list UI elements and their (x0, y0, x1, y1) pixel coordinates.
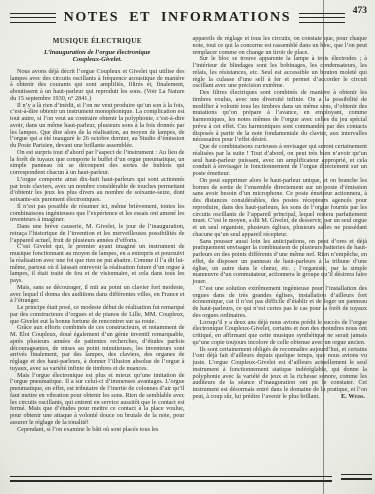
right-column-text: appareils de réglage et tous les circuit… (193, 36, 368, 401)
paragraph: Que de combinaisons curieuses à envisage… (193, 144, 368, 178)
paragraph: Sur le bloc se trouve apparente la lampe… (193, 56, 368, 90)
paragraph: Grâce aux efforts combinés de ces constr… (10, 325, 185, 372)
article-subtitle-line2: Coupleux-Givelet. (10, 56, 185, 63)
paragraph: Mais, sans se décourager, il mit au poin… (10, 285, 185, 305)
left-column-text: Nous avons déjà décrit l’orgue Coupleux … (10, 69, 185, 434)
paragraph: Des filtres électriques sont combinés de… (193, 90, 368, 144)
header-rule-left (10, 13, 56, 23)
paragraph: On est surpris tout d’abord par l’aspect… (10, 150, 185, 177)
article-subtitle: L’inauguration de l’orgue électronique C… (10, 49, 185, 64)
section-heading: MUSIQUE ÉLECTRIQUE (10, 37, 185, 45)
paragraph: Mais l’orgue électronique est plus et mi… (10, 373, 185, 427)
paragraph: Il n’y a là rien d’inédit, si l’on ne ve… (10, 103, 185, 150)
paragraph: Il n’est pas possible de résumer ici, mê… (10, 204, 185, 224)
paragraph: C’est Givelet qui, le premier ayant imag… (10, 244, 185, 285)
paragraph: appareils de réglage et tous les circuit… (193, 36, 368, 56)
paragraph: Cependant, si l’on examine le bâti où so… (10, 427, 185, 434)
journal-page: NOTES ET INFORMATIONS 473 MUSIQUE ÉLECTR… (0, 0, 375, 494)
paragraph: C’est une solution extrêmement ingénieus… (193, 286, 368, 320)
article-body: MUSIQUE ÉLECTRIQUE L’inauguration de l’o… (10, 36, 367, 433)
left-column: MUSIQUE ÉLECTRIQUE L’inauguration de l’o… (10, 36, 185, 433)
paragraph: L’orgue comporte ainsi dix-huit haut-par… (10, 177, 185, 204)
footer-rule-stub (341, 474, 372, 480)
footer-rule (10, 476, 332, 482)
paragraph: Dans une brève causerie, M. Givelet, le … (10, 224, 185, 244)
page-number: 473 (353, 6, 367, 16)
page-title: NOTES ET INFORMATIONS (64, 10, 291, 26)
paragraph: Nous avons déjà décrit l’orgue Coupleux … (10, 69, 185, 103)
paragraph: Lorsqu’il y a deux ans déjà nous avions … (193, 320, 368, 347)
page-header: NOTES ET INFORMATIONS 473 (10, 6, 367, 30)
paragraph: Le principe était posé, ce modeste début… (10, 305, 185, 325)
paragraph: On peut supprimer alors le haut-parleur … (193, 178, 368, 239)
right-column: appareils de réglage et tous les circuit… (193, 36, 368, 433)
paragraph: Sans pousser aussi loin les anticipation… (193, 239, 368, 286)
article-subtitle-line1: L’inauguration de l’orgue électronique (10, 49, 185, 56)
header-rule-right (299, 13, 345, 23)
